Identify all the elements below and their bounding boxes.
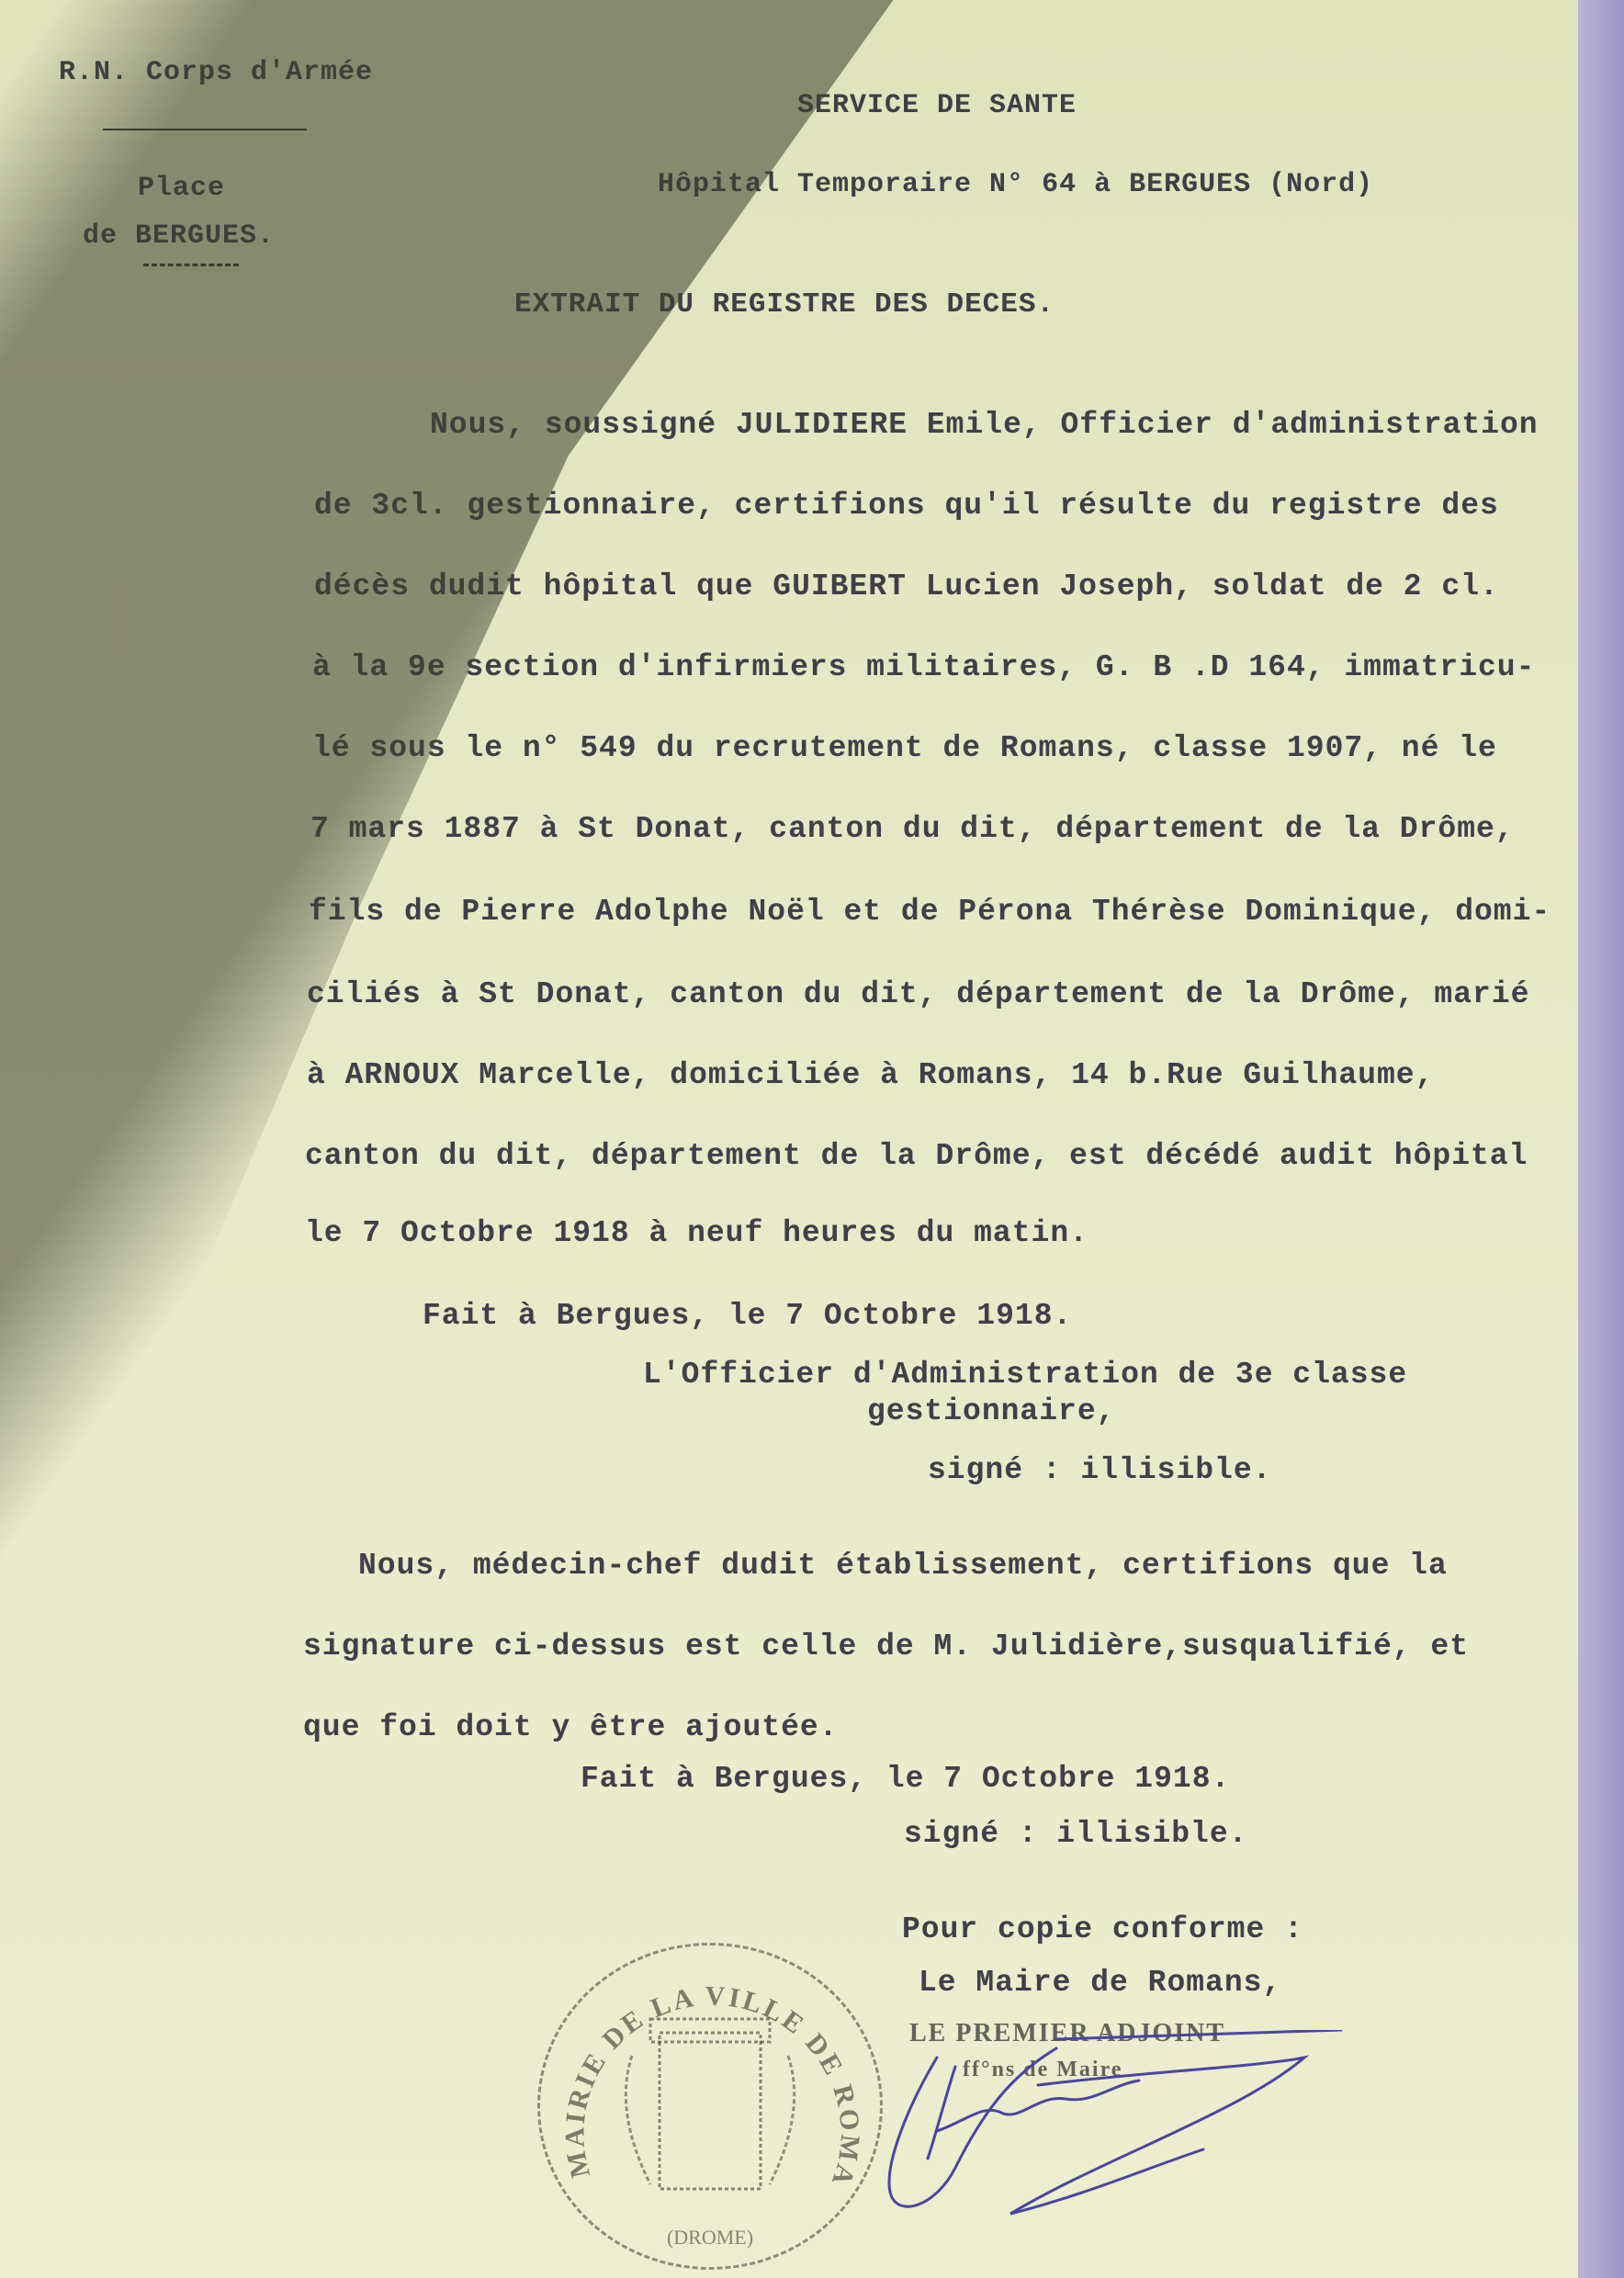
officer-title-line1: L'Officier d'Administration de 3e classe: [643, 1358, 1407, 1392]
body-line: le 7 Octobre 1918 à neuf heures du matin…: [305, 1216, 1088, 1250]
background-edge: [1578, 0, 1624, 2278]
copie-conforme-label: Pour copie conforme :: [902, 1912, 1303, 1946]
body-line: à la 9e section d'infirmiers militaires,…: [312, 650, 1535, 684]
body-line: fils de Pierre Adolphe Noël et de Pérona…: [309, 895, 1551, 929]
body-line: 7 mars 1887 à St Donat, canton du dit, d…: [310, 812, 1515, 846]
bergues-underline: [143, 264, 239, 266]
document-title: EXTRAIT DU REGISTRE DES DECES.: [514, 288, 1054, 321]
signed-illegible-1: signé : illisible.: [928, 1453, 1271, 1487]
svg-text:(DROME): (DROME): [667, 2226, 753, 2249]
city-seal: MAIRIE DE LA VILLE DE ROMANS (DROME): [537, 1943, 883, 2270]
cert-line: Nous, médecin-chef dudit établissement, …: [358, 1549, 1448, 1583]
service-heading: SERVICE DE SANTE: [797, 90, 1077, 121]
hospital-heading: Hôpital Temporaire N° 64 à BERGUES (Nord…: [658, 169, 1373, 200]
place-label: Place: [138, 173, 225, 204]
svg-text:MAIRIE DE LA VILLE DE ROMANS: MAIRIE DE LA VILLE DE ROMANS: [540, 1945, 865, 2192]
body-line: ciliés à St Donat, canton du dit, départ…: [307, 977, 1529, 1011]
body-line: canton du dit, département de la Drôme, …: [305, 1139, 1528, 1173]
body-line: à ARNOUX Marcelle, domiciliée à Romans, …: [307, 1058, 1434, 1092]
place-bergues-label: de BERGUES.: [83, 220, 275, 252]
coat-of-arms-icon: MAIRIE DE LA VILLE DE ROMANS (DROME): [540, 1945, 880, 2267]
cert-line: signature ci-dessus est celle de M. Juli…: [303, 1630, 1469, 1663]
officer-title-line2: gestionnaire,: [867, 1394, 1115, 1428]
cert-line: que foi doit y être ajoutée.: [303, 1710, 839, 1744]
body-line: décès dudit hôpital que GUIBERT Lucien J…: [314, 569, 1499, 603]
body-line: de 3cl. gestionnaire, certifions qu'il r…: [314, 489, 1499, 523]
body-line: lé sous le n° 549 du recrutement de Roma…: [312, 731, 1497, 765]
maire-label: Le Maire de Romans,: [919, 1966, 1281, 2000]
corps-armee-label: R.N. Corps d'Armée: [59, 57, 373, 88]
header-divider: [103, 129, 307, 130]
body-line: Nous, soussigné JULIDIERE Emile, Officie…: [430, 408, 1539, 442]
fait-date-2: Fait à Bergues, le 7 Octobre 1918.: [581, 1762, 1230, 1796]
signed-illegible-2: signé : illisible.: [904, 1817, 1247, 1851]
fait-date-1: Fait à Bergues, le 7 Octobre 1918.: [423, 1299, 1072, 1333]
mayor-signature: [873, 2030, 1387, 2241]
